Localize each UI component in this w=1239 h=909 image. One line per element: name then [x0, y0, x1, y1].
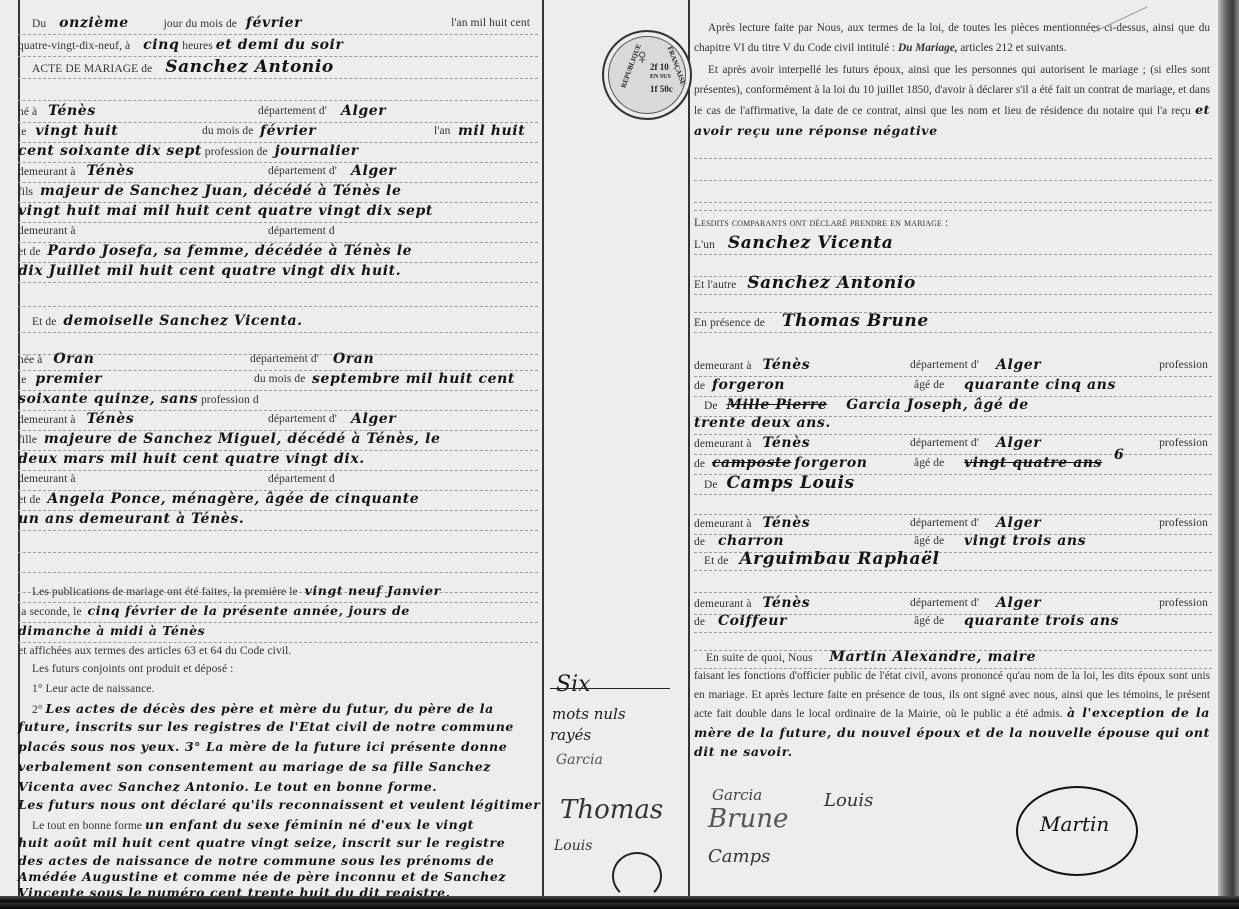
day-value: onzième [59, 15, 129, 31]
label: demeurant à [18, 225, 76, 237]
legal-text: et affichées aux termes des articles 63 … [18, 645, 291, 657]
label: le [18, 374, 27, 386]
publication-date-2: cinq février de la présente année, jours… [88, 603, 410, 618]
label: âgé de [914, 374, 944, 396]
scan-edge-right [1218, 0, 1239, 900]
age: trente deux ans. [694, 415, 831, 431]
bride-mother-line-2: un ans demeurant à Ténès. [18, 508, 538, 531]
declaration-line-2: L'un Sanchez Vicenta [694, 232, 1212, 255]
label: quatre-vingt-dix-neuf, à [18, 40, 130, 52]
publications-line-5: Les futurs conjoints ont produit et dépo… [18, 658, 538, 680]
right-column-rule [688, 0, 690, 896]
label: jour du mois de [164, 18, 237, 30]
label: Et de [704, 555, 728, 567]
conclusion-line-1: En suite de quoi, Nous Martin Alexandre,… [694, 646, 1212, 669]
profession: journalier [275, 143, 359, 159]
hour-value: cinq [143, 37, 179, 53]
label: demeurant à [18, 473, 76, 485]
label: Les publications de mariage ont été fait… [32, 586, 298, 598]
label: ACTE DE MARIAGE de [32, 63, 152, 75]
witness-name: Garcia Joseph, âgé de [846, 397, 1029, 413]
profession: forgeron [712, 377, 785, 393]
age: quarante cinq ans [964, 374, 1116, 396]
label: Le tout en bonne forme [32, 820, 142, 832]
reading-paragraph: Après lecture faite par Nous, aux termes… [694, 18, 1210, 58]
label: De [704, 479, 718, 491]
filiation-text: majeure de Sanchez Miguel, décédé à Ténè… [44, 431, 441, 447]
label: profession [1159, 432, 1208, 454]
label: demeurant à [694, 360, 752, 372]
declaration-line-4: En présence de Thomas Brune [694, 310, 1212, 333]
stamp-value: 2f 10 [650, 62, 669, 72]
label: fille [18, 434, 37, 446]
profession: Coiffeur [718, 613, 787, 629]
struck-text: Mille Pierre [726, 397, 827, 413]
blank-line [18, 284, 538, 307]
label: demeurant à [694, 598, 752, 610]
groom-mother-line-2: dix Juillet mil huit cent quatre vingt d… [18, 260, 538, 283]
label: département d' [268, 160, 337, 182]
margin-note-underline [550, 688, 670, 689]
birth-year: mil huit [458, 120, 525, 142]
handwritten-text: Vicenta avec Sanchez Antonio. Le tout en… [18, 779, 437, 794]
profession: forgeron [794, 455, 867, 471]
birth-day: vingt huit [35, 123, 118, 139]
dept: Alger [996, 354, 1041, 376]
legal-text: articles 212 et suivants. [960, 42, 1066, 54]
handwritten-text: verbalement son consentement au mariage … [18, 759, 491, 774]
handwritten-text: un enfant du sexe féminin né d'eux le vi… [145, 817, 474, 832]
groom-name: Sanchez Antonio [165, 57, 334, 77]
handwritten-text: future, inscrits sur les registres de l'… [18, 719, 514, 734]
filiation-text: vingt huit mai mil huit cent quatre ving… [18, 203, 433, 219]
correction-note: 6 [1114, 444, 1124, 466]
label: l'an [434, 120, 451, 142]
label: heures [182, 40, 213, 52]
residence-dept: Alger [351, 408, 396, 430]
residence: Ténès [763, 515, 811, 531]
profession: charron [718, 533, 784, 549]
conclusion-paragraph: faisant les fonctions d'officier public … [694, 667, 1210, 763]
time-value: et demi du soir [216, 37, 344, 53]
label: En présence de [694, 317, 765, 329]
witness-name: Thomas Brune [782, 311, 929, 331]
label: du mois de [202, 120, 253, 142]
residence: Ténès [763, 595, 811, 611]
publications-line-8: future, inscrits sur les registres de l'… [18, 716, 538, 738]
signature-camps: Camps [708, 846, 770, 867]
residence: Ténès [763, 357, 811, 373]
witness-signature: Louis [554, 838, 592, 854]
struck-text: camposte [712, 455, 792, 471]
witness-signature: Garcia [556, 752, 603, 768]
birth-day: premier [35, 371, 102, 387]
filiation-text: majeur de Sanchez Juan, décédé à Ténès l… [40, 183, 401, 199]
publication-place: dimanche à midi à Ténès [18, 623, 205, 638]
witness-name: Camps Louis [726, 473, 854, 493]
label: âgé de [914, 452, 944, 474]
handwritten-text: placés sous nos yeux. 3° La mère de la f… [18, 739, 507, 754]
birth-place: Oran [53, 351, 94, 367]
blank-line [694, 188, 1212, 211]
publications-line-6: 1° Leur acte de naissance. [18, 678, 538, 700]
witness-4-name: Et de Arguimbau Raphaël [694, 548, 1212, 571]
mother-text: Pardo Josefa, sa femme, décédée à Ténès … [47, 243, 412, 259]
blank-line [694, 136, 1212, 159]
birth-month-year: septembre mil huit cent [312, 368, 515, 390]
label: et de [18, 494, 41, 506]
header-line-2: quatre-vingt-dix-neuf, à cinq heures et … [18, 34, 538, 57]
label: L'un [694, 239, 715, 251]
label: fils [18, 186, 33, 198]
label: de [694, 380, 705, 392]
mother-text: dix Juillet mil huit cent quatre vingt d… [18, 263, 401, 279]
left-column-rule [542, 0, 544, 896]
label: département d [268, 220, 335, 242]
declaration-line-1: Lesdits comparants ont déclaré prendre e… [694, 212, 1212, 234]
label: département d' [258, 100, 327, 122]
label: l'an mil huit cent [451, 12, 530, 34]
publication-date-1: vingt neuf Janvier [305, 583, 441, 598]
label: profession de [205, 146, 268, 158]
signature-garcia: Garcia [712, 786, 762, 804]
right-column: Après lecture faite par Nous, aux termes… [694, 0, 1212, 896]
label: et de [18, 246, 41, 258]
margin-note: Six [556, 672, 591, 697]
residence: Ténès [763, 435, 811, 451]
residence-dept: Alger [351, 160, 396, 182]
left-column: Du onzième jour du mois de février l'an … [18, 0, 538, 896]
legal-text: Lesdits comparants ont déclaré prendre e… [694, 217, 948, 229]
mother-text: un ans demeurant à Ténès. [18, 511, 244, 527]
blank-line [18, 78, 538, 101]
label: le [18, 126, 27, 138]
label: de [694, 536, 705, 548]
signature-louis: Louis [824, 790, 873, 811]
label: de [694, 616, 705, 628]
handwritten-text: Les actes de décès des père et mère du f… [45, 701, 493, 716]
legal-text-title: Du Mariage, [898, 42, 958, 54]
header-line-3: ACTE DE MARIAGE de Sanchez Antonio [18, 56, 538, 79]
margin-note: mots nuls [552, 705, 626, 723]
legal-text: 1° Leur acte de naissance. [32, 683, 154, 695]
residence: Ténès [87, 411, 135, 427]
legal-text: Les futurs conjoints ont produit et dépo… [32, 663, 233, 675]
label: De [704, 400, 718, 412]
witness-signature: Thomas [560, 795, 663, 825]
handwritten-text: Les futurs nous ont déclaré qu'ils recon… [18, 797, 540, 812]
birth-dept: Oran [333, 348, 374, 370]
residence: Ténès [87, 163, 135, 179]
label: demeurant à [694, 518, 752, 530]
filiation-text: deux mars mil huit cent quatre vingt dix… [18, 451, 365, 467]
label: département d' [268, 408, 337, 430]
witness-name: Arguimbau Raphaël [739, 549, 939, 569]
signature-brune: Brune [708, 804, 788, 834]
stamp-label: EN SUS [650, 74, 671, 80]
label: département d' [910, 354, 979, 376]
label: En suite de quoi, Nous [706, 652, 813, 664]
month-value: février [246, 15, 302, 31]
stamp-value: 1f 50c [650, 84, 673, 94]
dept: Alger [996, 432, 1041, 454]
bride-name: demoiselle Sanchez Vicenta. [63, 313, 302, 329]
label: département d' [910, 432, 979, 454]
officer-name: Martin Alexandre, maire [830, 649, 1037, 665]
label: demeurant à [694, 438, 752, 450]
scan-edge-bottom [0, 896, 1239, 909]
interpellation-paragraph: Et après avoir interpellé les futurs épo… [694, 60, 1210, 142]
margin-note: rayés [550, 726, 591, 744]
label: né à [18, 106, 37, 118]
marianne-figure-icon: ♀ [634, 44, 651, 70]
spouse-name: Sanchez Vicenta [728, 233, 894, 253]
publications-line-10: verbalement son consentement au mariage … [18, 756, 538, 778]
publications-line-9: placés sous nos yeux. 3° La mère de la f… [18, 736, 538, 758]
publications-line-12: Les futurs nous ont déclaré qu'ils recon… [18, 794, 538, 816]
label: 2° [32, 704, 43, 716]
label: profession [1159, 354, 1208, 376]
birth-dept: Alger [341, 100, 386, 122]
birth-year-cont: soixante quinze, sans [18, 391, 198, 407]
label: demeurant à [18, 166, 76, 178]
label: Et de [32, 316, 56, 328]
birth-place: Ténès [48, 103, 96, 119]
label: profession d [201, 394, 259, 406]
label: de [694, 458, 705, 470]
mother-text: Angela Ponce, ménagère, âgée de cinquant… [47, 491, 419, 507]
document-page: Du onzième jour du mois de février l'an … [0, 0, 1239, 900]
blank-line [694, 158, 1212, 181]
legal-text: Et après avoir interpellé les futurs épo… [694, 64, 1210, 117]
paraph-signature-icon [612, 852, 662, 900]
header-line-1: Du onzième jour du mois de février l'an … [18, 12, 538, 35]
signature-mayor: Martin [1040, 812, 1109, 836]
blank-line [694, 570, 1212, 593]
bride-intro-line: Et de demoiselle Sanchez Vicenta. [18, 310, 538, 333]
struck-text: vingt quatre ans [964, 452, 1102, 474]
label: département d' [250, 348, 319, 370]
label: département d [268, 468, 335, 490]
birth-month: février [260, 120, 316, 142]
revenue-stamp: REPUBLIQUE FRANÇAISE ♀ 2f 10 EN SUS 1f 5… [602, 30, 692, 120]
label: du mois de [254, 368, 305, 390]
label: la seconde, le [18, 606, 82, 618]
label: née à [18, 354, 42, 366]
label: demeurant à [18, 414, 76, 426]
birth-year-cont: cent soixante dix sept [18, 143, 202, 159]
handwritten-text: huit août mil huit cent quatre vingt sei… [18, 835, 505, 850]
label: Du [32, 18, 46, 30]
